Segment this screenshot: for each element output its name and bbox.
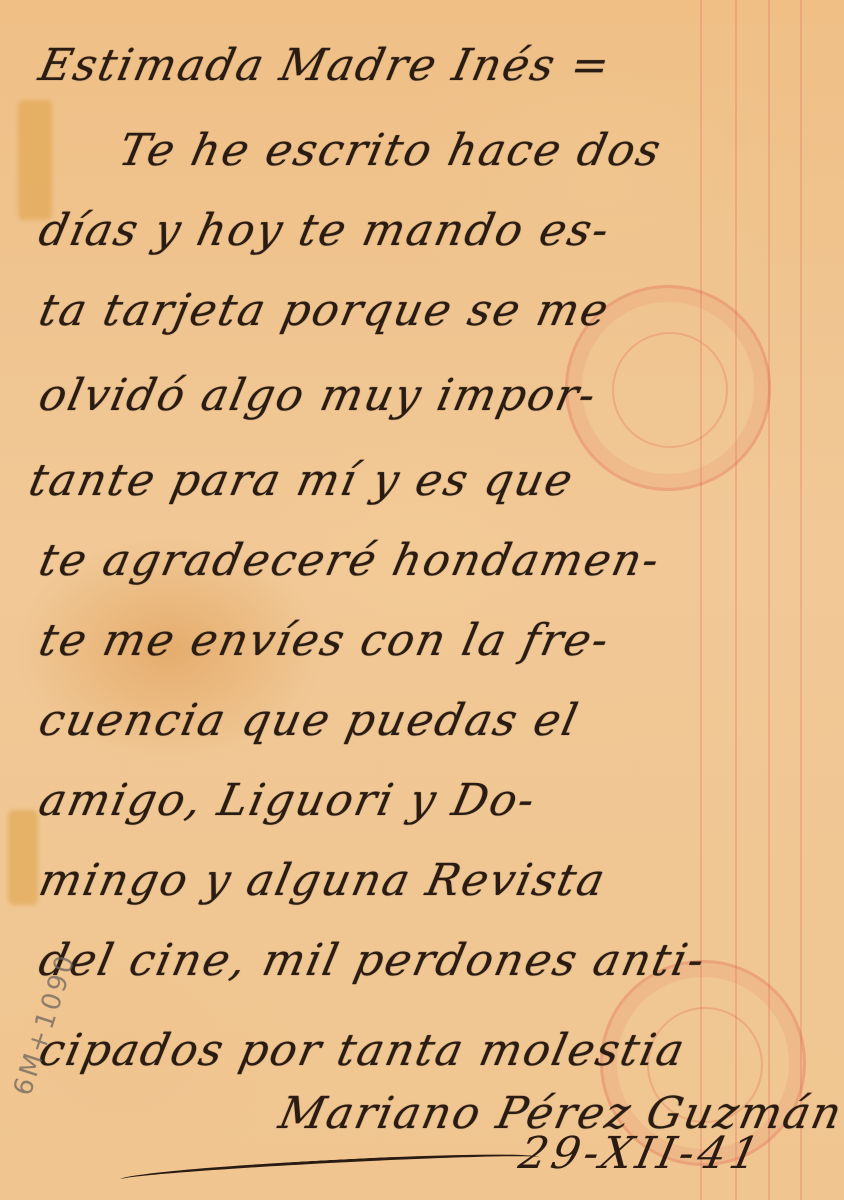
letter-line: cipados por tanta molestia xyxy=(35,1025,691,1076)
paper-stain-left xyxy=(8,810,38,905)
letter-line: del cine, mil perdones anti- xyxy=(35,935,711,986)
letter-line: olvidó algo muy impor- xyxy=(35,370,602,421)
letter-line: Te he escrito hace dos xyxy=(115,125,667,176)
letter-line: Estimada Madre Inés = xyxy=(35,40,616,91)
letter-line: días y hoy te mando es- xyxy=(35,205,616,256)
letter-line: amigo, Liguori y Do- xyxy=(35,775,541,826)
ruled-line xyxy=(800,0,802,1200)
letter-line: ta tarjeta porque se me xyxy=(35,285,615,336)
letter-date: 29-XII-41 xyxy=(515,1128,768,1179)
letter-line: mingo y alguna Revista xyxy=(35,855,611,906)
letter-line: tante para mí y es que xyxy=(25,455,579,506)
paper-stain-top-left xyxy=(18,100,52,220)
letter-line: cuencia que puedas el xyxy=(35,695,584,746)
letter-line: te me envíes con la fre- xyxy=(35,615,615,666)
stamp-inner-ring xyxy=(612,332,728,448)
letter-line: te agradeceré hondamen- xyxy=(35,535,666,586)
